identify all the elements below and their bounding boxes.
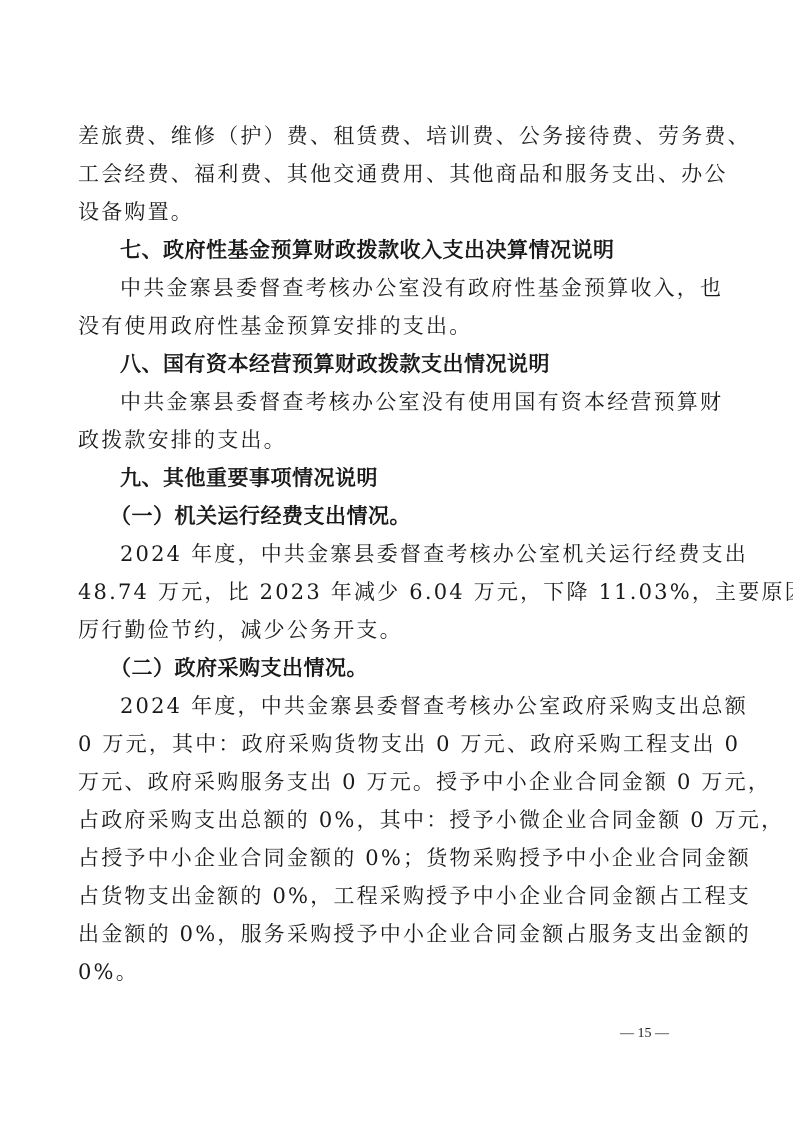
body-text-line: 中共金寨县委督查考核办公室没有政府性基金预算收入，也 (120, 274, 760, 302)
body-text-line: 2024 年度，中共金寨县委督查考核办公室机关运行经费支出 (120, 540, 760, 568)
subsection-2-heading: （二）政府采购支出情况。 (110, 654, 750, 682)
body-text-line: 中共金寨县委督查考核办公室没有使用国有资本经营预算财 (120, 388, 760, 416)
body-text-line: 没有使用政府性基金预算安排的支出。 (78, 312, 718, 340)
subsection-1-heading: （一）机关运行经费支出情况。 (110, 502, 750, 530)
body-text-line: 政拨款安排的支出。 (78, 426, 718, 454)
section-8-heading: 八、国有资本经营预算财政拨款支出情况说明 (120, 350, 760, 378)
section-9-heading: 九、其他重要事项情况说明 (120, 464, 760, 492)
body-text-line: 万元、政府采购服务支出 0 万元。授予中小企业合同金额 0 万元， (78, 768, 718, 796)
body-text-line: 占政府采购支出总额的 0%，其中：授予小微企业合同金额 0 万元， (78, 806, 718, 834)
body-text-line: 0 万元，其中：政府采购货物支出 0 万元、政府采购工程支出 0 (78, 730, 718, 758)
section-7-heading: 七、政府性基金预算财政拨款收入支出决算情况说明 (120, 236, 760, 264)
body-text-line: 占授予中小企业合同金额的 0%；货物采购授予中小企业合同金额 (78, 844, 718, 872)
body-text-line: 厉行勤俭节约，减少公务开支。 (78, 616, 718, 644)
body-text-line: 设备购置。 (78, 198, 718, 226)
document-page: 差旅费、维修（护）费、租赁费、培训费、公务接待费、劳务费、 工会经费、福利费、其… (0, 0, 793, 1122)
body-text-line: 工会经费、福利费、其他交通费用、其他商品和服务支出、办公 (78, 160, 718, 188)
body-text-line: 占货物支出金额的 0%，工程采购授予中小企业合同金额占工程支 (78, 882, 718, 910)
body-text-line: 出金额的 0%，服务采购授予中小企业合同金额占服务支出金额的 (78, 920, 718, 948)
body-text-line: 0%。 (78, 958, 718, 986)
body-text-line: 差旅费、维修（护）费、租赁费、培训费、公务接待费、劳务费、 (78, 122, 718, 150)
body-text-line: 48.74 万元，比 2023 年减少 6.04 万元，下降 11.03%，主要… (78, 578, 718, 606)
body-text-line: 2024 年度，中共金寨县委督查考核办公室政府采购支出总额 (120, 692, 760, 720)
page-number: — 15 — (620, 1026, 669, 1042)
